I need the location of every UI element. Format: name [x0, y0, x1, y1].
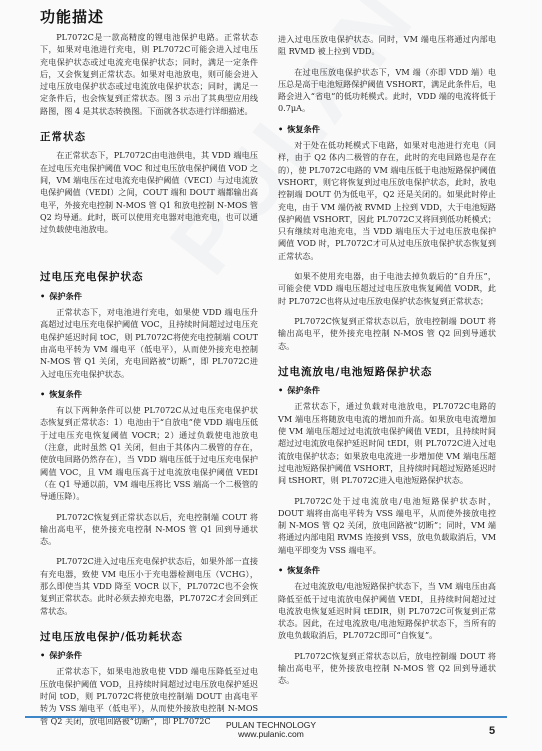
subheading-recover-condition: •恢复条件 [278, 123, 496, 135]
ocd-protect-paragraph-2: PL7072C处于过电流放电/电池短路保护状态时，DOUT 端将由高电平转为 V… [278, 495, 496, 556]
footer-website: www.pulanic.com [0, 730, 542, 739]
ovd-recover-paragraph-2: 如果不使用充电器，由于电池去掉负载后的“自升压”，可能会使 VDD 端电压超过过… [278, 270, 496, 307]
bullet-icon: • [278, 124, 283, 134]
ovc-recover-paragraph-2: PL7072C恢复到正常状态以后，充电控制端 COUT 将输出高电平，使外接充电… [40, 511, 258, 548]
ovd-recover-paragraph-3: PL7072C恢复到正常状态以后，放电控制端 DOUT 将输出高电平，使外接充电… [278, 315, 496, 352]
section-heading-overcurrent-discharge: 过电流放电/电池短路保护状态 [278, 366, 496, 378]
ocd-protect-paragraph-1: 正常状态下，通过负载对电池放电，PL7072C电路的 VM 端电压将随放电电流的… [278, 400, 496, 486]
right-column: 进入过电压放电保护状态。同时，VM 端电压将通过内部电阻 RVMD 被上拉到 V… [278, 33, 496, 695]
ovc-recover-paragraph-3: PL7072C进入过电压充电保护状态后，如果外部一直接有充电器，致使 VM 电压… [40, 555, 258, 616]
bullet-icon: • [278, 385, 283, 395]
subheading-recover-condition: •恢复条件 [40, 388, 258, 400]
bullet-icon: • [40, 650, 45, 660]
section-heading-overvoltage-discharge: 过电压放电保护/低功耗状态 [40, 631, 258, 643]
section-heading-normal-state: 正常状态 [40, 131, 258, 143]
ocd-recover-paragraph-2: PL7072C恢复到正常状态以后，放电控制端 DOUT 将输出高电平，使外接放电… [278, 650, 496, 687]
ovc-protect-paragraph: 正常状态下，对电池进行充电，如果使 VDD 端电压升高超过过电压充电保护阈值 V… [40, 306, 258, 380]
subheading-protect-condition: •保护条件 [40, 649, 258, 661]
section-heading-overvoltage-charge: 过电压充电保护状态 [40, 271, 258, 283]
left-column: PL7072C是一款高精度的锂电池保护电路。正常状态下，如果对电池进行充电，则 … [40, 31, 258, 735]
ovd-low-power-paragraph: 在过电压放电保护状态下，VM 端（亦即 VDD 端）电压总是高于电池短路保护阈值… [278, 66, 496, 115]
footer-divider [25, 716, 507, 718]
bullet-icon: • [40, 389, 45, 399]
bullet-icon: • [278, 565, 283, 575]
intro-paragraph: PL7072C是一款高精度的锂电池保护电路。正常状态下，如果对电池进行充电，则 … [40, 31, 258, 117]
subheading-protect-condition: •保护条件 [40, 290, 258, 302]
ovd-recover-paragraph-1: 对于处在低功耗模式下电路，如果对电池进行充电（同样，由于 Q2 体内二极管的存在… [278, 139, 496, 262]
subheading-recover-condition: •恢复条件 [278, 564, 496, 576]
ovc-recover-paragraph-1: 有以下两种条件可以使 PL7072C从过电压充电保护状态恢复到正常状态：1）电池… [40, 404, 258, 502]
bullet-icon: • [40, 291, 45, 301]
ocd-recover-paragraph-1: 在过电流放电/电池短路保护状态下，当 VM 端电压由高降低至低于过电流放电保护阈… [278, 580, 496, 641]
page-number: 5 [489, 725, 495, 737]
ovd-protect-paragraph-end: 进入过电压放电保护状态。同时，VM 端电压将通过内部电阻 RVMD 被上拉到 V… [278, 33, 496, 58]
footer-company-block: PULAN TECHNOLOGY www.pulanic.com [0, 721, 542, 739]
normal-state-paragraph: 在正常状态下，PL7072C由电池供电，其 VDD 端电压在过电压充电保护阈值 … [40, 149, 258, 235]
page-title: 功能描述 [40, 6, 104, 27]
subheading-protect-condition: •保护条件 [278, 384, 496, 396]
